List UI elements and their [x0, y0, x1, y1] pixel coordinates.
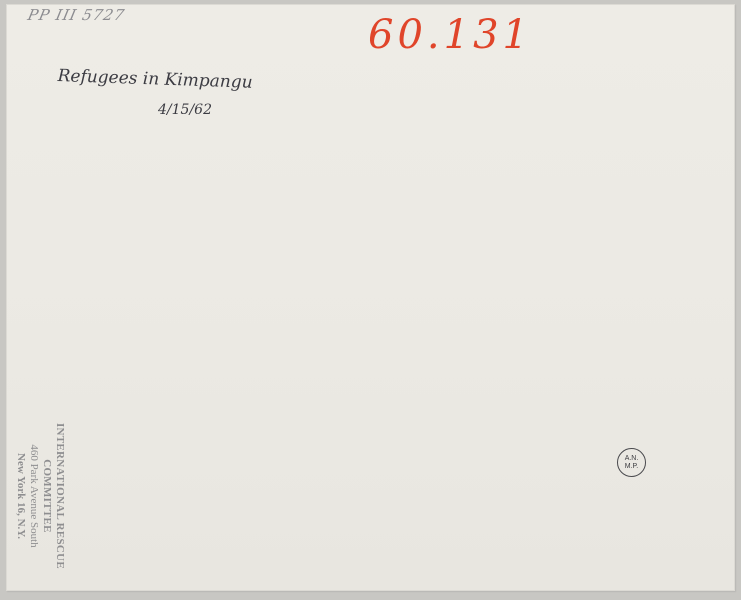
circular-seal-stamp: A.N. M.P.	[617, 448, 646, 477]
pencil-catalog-id: PP III 5727	[26, 6, 126, 24]
stamp-address: 460 Park Avenue South	[27, 406, 40, 586]
handwritten-caption: Refugees in Kimpangu	[57, 66, 253, 93]
handwritten-date: 4/15/62	[158, 102, 212, 118]
accession-number: 60.131	[368, 12, 532, 58]
seal-line-1: A.N.	[625, 455, 639, 463]
organization-stamp: INTERNATIONAL RESCUE COMMITTEE 460 Park …	[16, 406, 66, 586]
stamp-city: New York 16, N.Y.	[14, 406, 27, 586]
seal-line-2: M.P.	[625, 463, 639, 471]
stamp-org-name: INTERNATIONAL RESCUE COMMITTEE	[40, 406, 66, 586]
photo-verso-paper: PP III 5727 60.131 Refugees in Kimpangu …	[6, 4, 735, 591]
